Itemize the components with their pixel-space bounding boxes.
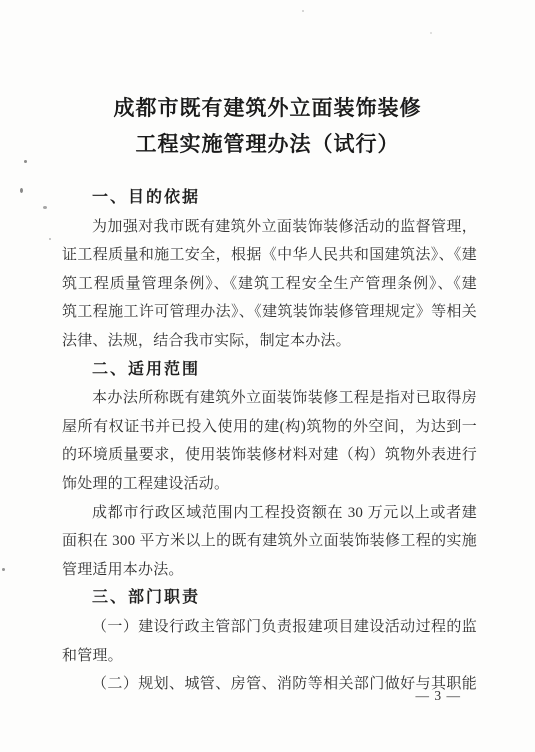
- text-line: 证工程质量和施工安全，根据《中华人民共和国建筑法》、《建: [62, 241, 477, 270]
- text-line: 成都市行政区域范围内工程投资额在 30 万元以上或者建筑: [62, 499, 477, 528]
- text-line: 和管理。: [62, 642, 477, 671]
- scan-speckle: [24, 160, 27, 163]
- text-line: 的环境质量要求，使用装饰装修材料对建（构）筑物外表进行装: [62, 441, 477, 470]
- text-line: 法律、法规，结合我市实际，制定本办法。: [62, 327, 477, 356]
- text-line: 饰处理的工程建设活动。: [62, 470, 477, 499]
- text-line: 面积在 300 平方米以上的既有建筑外立面装饰装修工程的实施: [62, 527, 477, 556]
- scan-speckle: [430, 32, 432, 34]
- text-line: 筑工程质量管理条例》、《建筑工程安全生产管理条例》、《建: [62, 270, 477, 299]
- text-line: 为加强对我市既有建筑外立面装饰装修活动的监督管理，保: [62, 213, 477, 242]
- text-line: 管理适用本办法。: [62, 556, 477, 585]
- scan-speckle: [49, 238, 51, 240]
- text-line: 本办法所称既有建筑外立面装饰装修工程是指对已取得房: [62, 384, 477, 413]
- section-heading: 二、适用范围: [62, 356, 477, 385]
- text-line: （一）建设行政主管部门负责报建项目建设活动过程的监督: [62, 613, 477, 642]
- document-title-line2: 工程实施管理办法（试行）: [0, 126, 535, 162]
- scan-speckle: [43, 206, 47, 209]
- scan-speckle: [2, 568, 5, 571]
- scan-speckle: [20, 188, 23, 193]
- text-line: 屋所有权证书并已投入使用的建(构)筑物的外空间，为达到一定: [62, 413, 477, 442]
- text-line: 筑工程施工许可管理办法》、《建筑装饰装修管理规定》等相关: [62, 298, 477, 327]
- document-title: 成都市既有建筑外立面装饰装修 工程实施管理办法（试行）: [0, 90, 535, 162]
- section-heading: 一、目的依据: [62, 184, 477, 213]
- document-body: 一、目的依据为加强对我市既有建筑外立面装饰装修活动的监督管理，保证工程质量和施工…: [62, 184, 477, 699]
- document-page: 成都市既有建筑外立面装饰装修 工程实施管理办法（试行） 一、目的依据为加强对我市…: [0, 0, 535, 752]
- document-title-line1: 成都市既有建筑外立面装饰装修: [0, 90, 535, 126]
- page-number: — 3 —: [416, 688, 462, 704]
- scan-speckle: [302, 10, 304, 12]
- section-heading: 三、部门职责: [62, 584, 477, 613]
